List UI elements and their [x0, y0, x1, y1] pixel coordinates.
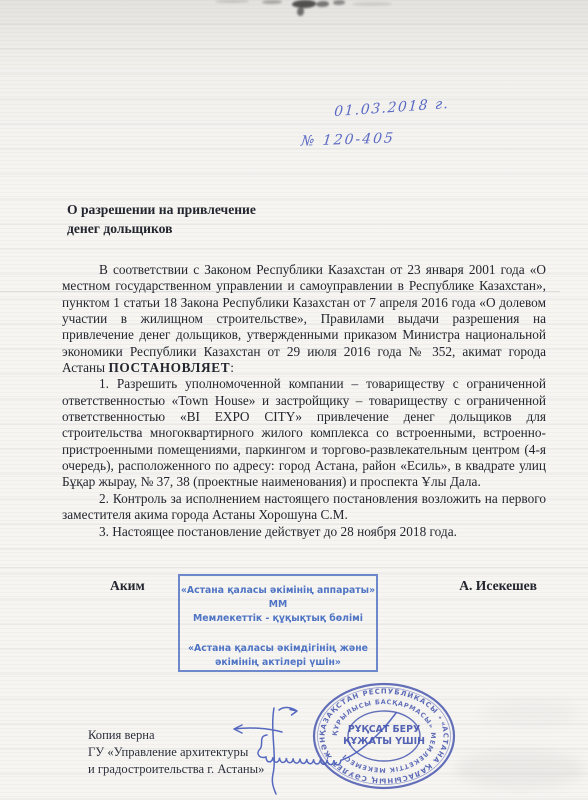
document-body: В соответствии с Законом Республики Каза… [62, 262, 546, 540]
signature-loops [258, 713, 396, 765]
signer-name-label: А. Исекешев [459, 578, 537, 594]
rect-stamp-line4: әкімінің актілері үшін» [215, 656, 341, 670]
rect-stamp-line1: «Астана қаласы әкімінің аппараты» ММ [180, 584, 376, 612]
scan-artifact-blob [333, 0, 345, 5]
document-title-line1: О разрешении на привлечение [67, 201, 256, 220]
signer-position-label: Аким [110, 578, 145, 594]
scan-artifact-blob [262, 0, 282, 4]
legal-department-stamp: «Астана қаласы әкімінің аппараты» ММ Мем… [178, 574, 378, 672]
rect-stamp-line3: «Астана қаласы әкімдігінің және [188, 642, 368, 656]
signature-vertical-stroke [272, 708, 276, 794]
preamble-colon: : [230, 360, 234, 375]
signature-top-arrow [279, 707, 297, 715]
preamble-text: В соответствии с Законом Республики Каза… [62, 262, 546, 375]
scan-smudge [455, 750, 585, 788]
document-title: О разрешении на привлечение денег дольщи… [67, 201, 256, 238]
rect-stamp-line2: Мемлекеттік - құқықтық бөлімі [193, 612, 363, 626]
scan-artifact-blob [297, 7, 304, 16]
scan-artifact-blob [352, 2, 392, 6]
scan-streak-line [0, 567, 588, 568]
paragraph-item-1: 1. Разрешить уполномоченной компании – т… [62, 376, 546, 490]
scan-artifact-blob [215, 0, 249, 3]
attestation-line2: ГУ «Управление архитектуры [88, 744, 264, 761]
paragraph-item-2: 2. Контроль за исполнением настоящего по… [62, 491, 546, 524]
scan-smudge [480, 700, 580, 726]
attestation-line3: и градостроительства г. Астаны» [88, 761, 264, 778]
paragraph-item-3: 3. Настоящее постановление действует до … [62, 524, 546, 540]
attestation-line1: Копия верна [88, 727, 264, 744]
scanned-decree-page: { "scan": { "handwriting": { "date": "01… [0, 0, 588, 800]
handwritten-number: № 120-405 [300, 130, 396, 149]
scan-artifact-blob [316, 1, 329, 7]
copy-attestation: Копия верна ГУ «Управление архитектуры и… [88, 727, 264, 778]
decree-keyword: ПОСТАНОВЛЯЕТ [108, 360, 230, 375]
paragraph-preamble: В соответствии с Законом Республики Каза… [62, 262, 546, 376]
scan-artifact-blob [292, 0, 316, 8]
document-title-line2: денег дольщиков [67, 220, 256, 239]
